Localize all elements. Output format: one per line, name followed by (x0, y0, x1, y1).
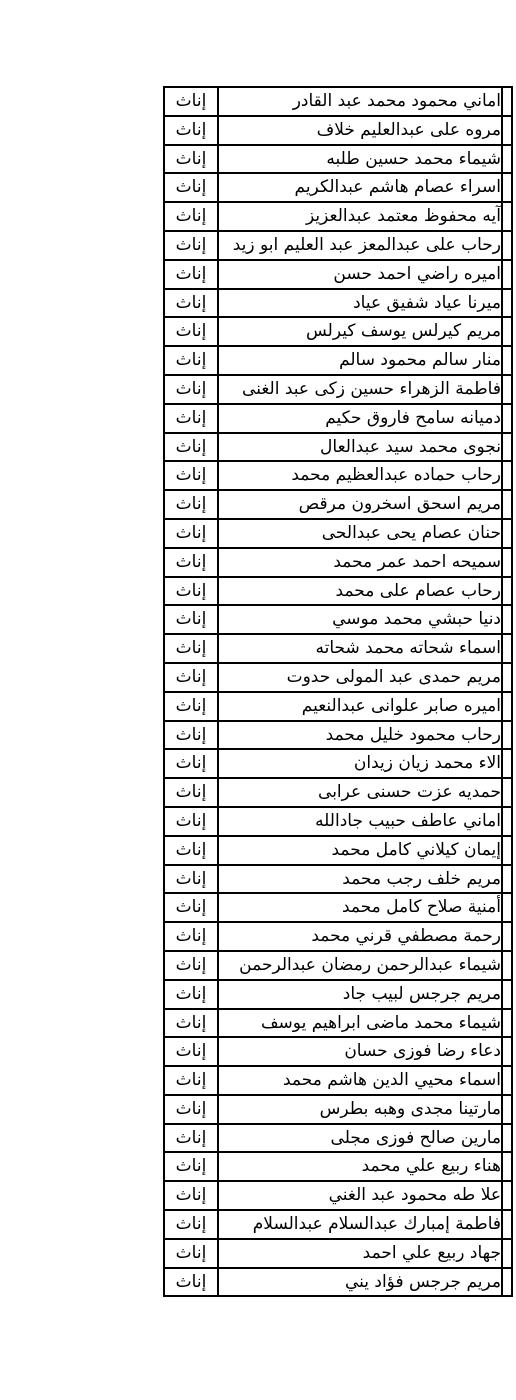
table-row: اميره راضي احمد حسنإناث (164, 260, 512, 289)
serial-cell (502, 375, 512, 404)
name-cell: جهاد ربيع علي احمد (218, 1239, 502, 1268)
name-cell: إيمان كيلاني كامل محمد (218, 836, 502, 865)
serial-cell (502, 663, 512, 692)
serial-cell (502, 1009, 512, 1038)
name-cell: منار سالم محمود سالم (218, 346, 502, 375)
gender-cell: إناث (164, 1210, 218, 1239)
name-cell: اميره راضي احمد حسن (218, 260, 502, 289)
name-cell: شيماء محمد ماضى ابراهيم يوسف (218, 1009, 502, 1038)
name-cell: شيماء محمد حسين طلبه (218, 145, 502, 174)
gender-cell: إناث (164, 1095, 218, 1124)
serial-cell (502, 1037, 512, 1066)
name-cell: اسماء شحاته محمد شحاته (218, 634, 502, 663)
gender-cell: إناث (164, 1181, 218, 1210)
name-cell: مارين صالح فوزى مجلى (218, 1124, 502, 1153)
name-cell: علا طه محمود عبد الغني (218, 1181, 502, 1210)
gender-cell: إناث (164, 865, 218, 894)
name-cell: مريم اسحق اسخرون مرقص (218, 490, 502, 519)
serial-cell (502, 202, 512, 231)
table-row: مارتينا مجدى وهبه بطرسإناث (164, 1095, 512, 1124)
serial-cell (502, 116, 512, 145)
table-row: مريم حمدى عبد المولى حدوتإناث (164, 663, 512, 692)
name-cell: مريم كيرلس يوسف كيرلس (218, 317, 502, 346)
gender-cell: إناث (164, 1009, 218, 1038)
gender-cell: إناث (164, 404, 218, 433)
gender-cell: إناث (164, 605, 218, 634)
gender-cell: إناث (164, 951, 218, 980)
gender-cell: إناث (164, 893, 218, 922)
gender-cell: إناث (164, 663, 218, 692)
serial-cell (502, 721, 512, 750)
name-cell: ميرنا عياد شفيق عياد (218, 289, 502, 318)
name-cell: مروه على عبدالعليم خلاف (218, 116, 502, 145)
name-cell: اماني عاطف حبيب جادالله (218, 807, 502, 836)
table-row: رحاب حماده عبدالعظيم محمدإناث (164, 461, 512, 490)
name-cell: دعاء رضا فوزى حسان (218, 1037, 502, 1066)
serial-cell (502, 461, 512, 490)
name-cell: رحمة مصطفي قرني محمد (218, 922, 502, 951)
gender-cell: إناث (164, 922, 218, 951)
serial-cell (502, 1066, 512, 1095)
gender-cell: إناث (164, 778, 218, 807)
serial-cell (502, 433, 512, 462)
name-cell: هناء ربيع علي محمد (218, 1152, 502, 1181)
gender-cell: إناث (164, 490, 218, 519)
name-cell: مارتينا مجدى وهبه بطرس (218, 1095, 502, 1124)
serial-cell (502, 289, 512, 318)
table-row: اميره صابر علوانى عبدالنعيمإناث (164, 692, 512, 721)
table-body: اماني محمود محمد عبد القادرإناثمروه على … (164, 87, 512, 1296)
names-table-container: اماني محمود محمد عبد القادرإناثمروه على … (163, 86, 513, 1297)
gender-cell: إناث (164, 346, 218, 375)
table-row: مروه على عبدالعليم خلافإناث (164, 116, 512, 145)
serial-cell (502, 1268, 512, 1297)
table-row: دعاء رضا فوزى حسانإناث (164, 1037, 512, 1066)
serial-cell (502, 317, 512, 346)
name-cell: فاطمة إمبارك عبدالسلام عبدالسلام (218, 1210, 502, 1239)
table-row: الاء محمد زيان زيدانإناث (164, 749, 512, 778)
table-row: رحاب عصام على محمدإناث (164, 577, 512, 606)
name-cell: فاطمة الزهراء حسين زكى عبد الغنى (218, 375, 502, 404)
table-row: رحاب محمود خليل محمدإناث (164, 721, 512, 750)
serial-cell (502, 634, 512, 663)
table-row: اسماء محيي الدين هاشم محمدإناث (164, 1066, 512, 1095)
name-cell: رحاب محمود خليل محمد (218, 721, 502, 750)
table-row: شيماء محمد حسين طلبهإناث (164, 145, 512, 174)
gender-cell: إناث (164, 721, 218, 750)
gender-cell: إناث (164, 1037, 218, 1066)
name-cell: اسراء عصام هاشم عبدالكريم (218, 173, 502, 202)
gender-cell: إناث (164, 173, 218, 202)
table-row: دنيا حبشي محمد موسيإناث (164, 605, 512, 634)
gender-cell: إناث (164, 375, 218, 404)
table-row: اسماء شحاته محمد شحاتهإناث (164, 634, 512, 663)
gender-cell: إناث (164, 577, 218, 606)
serial-cell (502, 980, 512, 1009)
table-row: آيه محفوظ معتمد عبدالعزيزإناث (164, 202, 512, 231)
table-row: مريم كيرلس يوسف كيرلسإناث (164, 317, 512, 346)
name-cell: مريم حمدى عبد المولى حدوت (218, 663, 502, 692)
table-row: شيماء محمد ماضى ابراهيم يوسفإناث (164, 1009, 512, 1038)
gender-cell: إناث (164, 980, 218, 1009)
serial-cell (502, 807, 512, 836)
serial-cell (502, 836, 512, 865)
serial-cell (502, 87, 512, 116)
name-cell: حنان عصام يحى عبدالحى (218, 519, 502, 548)
table-row: مارين صالح فوزى مجلىإناث (164, 1124, 512, 1153)
table-row: فاطمة الزهراء حسين زكى عبد الغنىإناث (164, 375, 512, 404)
gender-cell: إناث (164, 692, 218, 721)
gender-cell: إناث (164, 231, 218, 260)
gender-cell: إناث (164, 145, 218, 174)
table-row: رحمة مصطفي قرني محمدإناث (164, 922, 512, 951)
serial-cell (502, 404, 512, 433)
serial-cell (502, 951, 512, 980)
name-cell: دنيا حبشي محمد موسي (218, 605, 502, 634)
serial-cell (502, 778, 512, 807)
table-row: فاطمة إمبارك عبدالسلام عبدالسلامإناث (164, 1210, 512, 1239)
serial-cell (502, 145, 512, 174)
name-cell: أمنية صلاح كامل محمد (218, 893, 502, 922)
name-cell: آيه محفوظ معتمد عبدالعزيز (218, 202, 502, 231)
table-row: مريم جرجس لبيب جادإناث (164, 980, 512, 1009)
serial-cell (502, 865, 512, 894)
gender-cell: إناث (164, 749, 218, 778)
gender-cell: إناث (164, 87, 218, 116)
table-row: مريم اسحق اسخرون مرقصإناث (164, 490, 512, 519)
gender-cell: إناث (164, 202, 218, 231)
gender-cell: إناث (164, 519, 218, 548)
table-row: ميرنا عياد شفيق عيادإناث (164, 289, 512, 318)
name-cell: سميحه احمد عمر محمد (218, 548, 502, 577)
name-cell: نجوى محمد سيد عبدالعال (218, 433, 502, 462)
serial-cell (502, 1152, 512, 1181)
name-cell: رحاب عصام على محمد (218, 577, 502, 606)
serial-cell (502, 577, 512, 606)
name-cell: حمديه عزت حسنى عرابى (218, 778, 502, 807)
serial-cell (502, 548, 512, 577)
table-row: حنان عصام يحى عبدالحىإناث (164, 519, 512, 548)
names-table: اماني محمود محمد عبد القادرإناثمروه على … (163, 86, 513, 1297)
name-cell: دميانه سامح فاروق حكيم (218, 404, 502, 433)
gender-cell: إناث (164, 1124, 218, 1153)
table-row: إيمان كيلاني كامل محمدإناث (164, 836, 512, 865)
gender-cell: إناث (164, 836, 218, 865)
gender-cell: إناث (164, 116, 218, 145)
table-row: اماني عاطف حبيب جاداللهإناث (164, 807, 512, 836)
table-row: نجوى محمد سيد عبدالعالإناث (164, 433, 512, 462)
serial-cell (502, 749, 512, 778)
serial-cell (502, 346, 512, 375)
serial-cell (502, 231, 512, 260)
serial-cell (502, 490, 512, 519)
gender-cell: إناث (164, 1268, 218, 1297)
gender-cell: إناث (164, 433, 218, 462)
table-row: هناء ربيع علي محمدإناث (164, 1152, 512, 1181)
table-row: اسراء عصام هاشم عبدالكريمإناث (164, 173, 512, 202)
serial-cell (502, 1095, 512, 1124)
gender-cell: إناث (164, 634, 218, 663)
name-cell: رحاب حماده عبدالعظيم محمد (218, 461, 502, 490)
name-cell: مريم خلف رجب محمد (218, 865, 502, 894)
page: { "page": { "background_color": "#ffffff… (0, 0, 516, 1400)
serial-cell (502, 260, 512, 289)
serial-cell (502, 1210, 512, 1239)
table-row: رحاب على عبدالمعز عبد العليم ابو زيدإناث (164, 231, 512, 260)
serial-cell (502, 519, 512, 548)
name-cell: اسماء محيي الدين هاشم محمد (218, 1066, 502, 1095)
name-cell: مريم جرجس لبيب جاد (218, 980, 502, 1009)
serial-cell (502, 1181, 512, 1210)
gender-cell: إناث (164, 317, 218, 346)
table-row: جهاد ربيع علي احمدإناث (164, 1239, 512, 1268)
serial-cell (502, 922, 512, 951)
name-cell: شيماء عبدالرحمن رمضان عبدالرحمن (218, 951, 502, 980)
table-row: مريم خلف رجب محمدإناث (164, 865, 512, 894)
table-row: أمنية صلاح كامل محمدإناث (164, 893, 512, 922)
serial-cell (502, 1239, 512, 1268)
name-cell: الاء محمد زيان زيدان (218, 749, 502, 778)
table-row: دميانه سامح فاروق حكيمإناث (164, 404, 512, 433)
name-cell: رحاب على عبدالمعز عبد العليم ابو زيد (218, 231, 502, 260)
gender-cell: إناث (164, 260, 218, 289)
table-row: حمديه عزت حسنى عرابىإناث (164, 778, 512, 807)
table-row: منار سالم محمود سالمإناث (164, 346, 512, 375)
gender-cell: إناث (164, 1066, 218, 1095)
gender-cell: إناث (164, 1152, 218, 1181)
serial-cell (502, 692, 512, 721)
gender-cell: إناث (164, 461, 218, 490)
name-cell: اماني محمود محمد عبد القادر (218, 87, 502, 116)
gender-cell: إناث (164, 548, 218, 577)
gender-cell: إناث (164, 289, 218, 318)
serial-cell (502, 1124, 512, 1153)
name-cell: مريم جرجس فؤاد يني (218, 1268, 502, 1297)
gender-cell: إناث (164, 1239, 218, 1268)
table-row: علا طه محمود عبد الغنيإناث (164, 1181, 512, 1210)
table-row: مريم جرجس فؤاد ينيإناث (164, 1268, 512, 1297)
gender-cell: إناث (164, 807, 218, 836)
table-row: شيماء عبدالرحمن رمضان عبدالرحمنإناث (164, 951, 512, 980)
serial-cell (502, 173, 512, 202)
name-cell: اميره صابر علوانى عبدالنعيم (218, 692, 502, 721)
serial-cell (502, 605, 512, 634)
table-row: سميحه احمد عمر محمدإناث (164, 548, 512, 577)
serial-cell (502, 893, 512, 922)
table-row: اماني محمود محمد عبد القادرإناث (164, 87, 512, 116)
